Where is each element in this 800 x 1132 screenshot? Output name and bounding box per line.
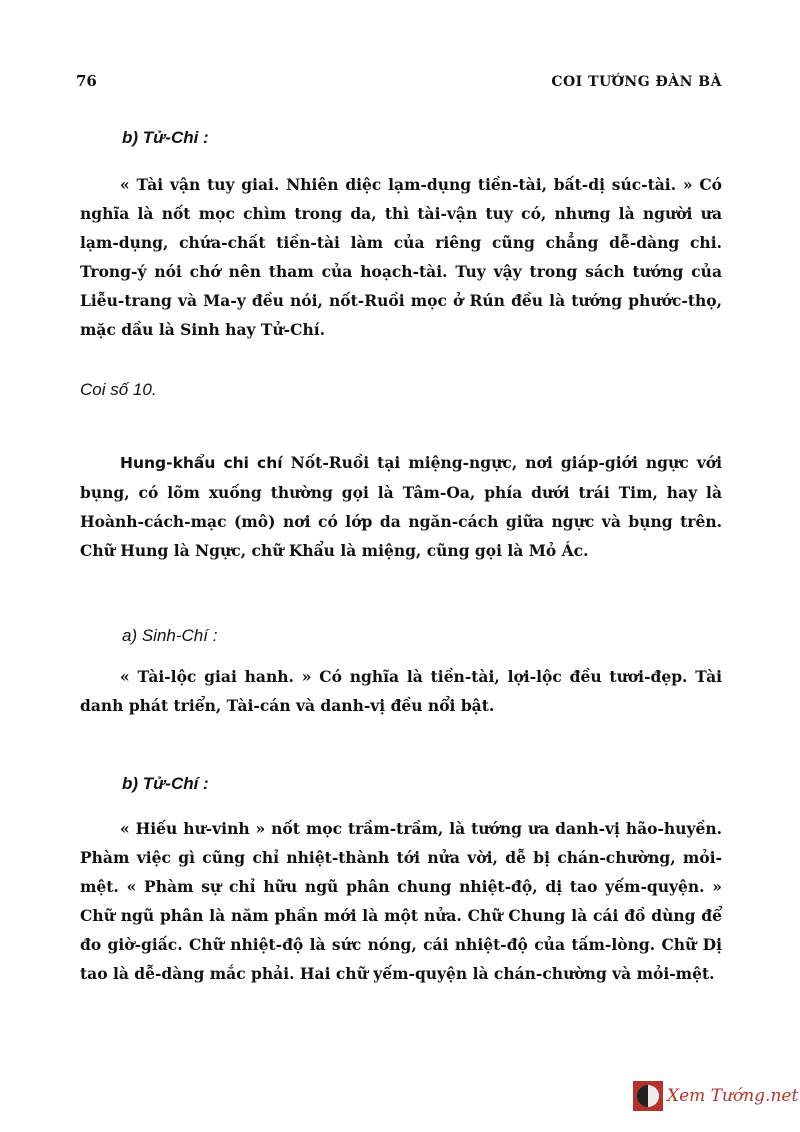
paragraph-3: « Tài-lộc giai hanh. » Có nghĩa là tiền-… xyxy=(80,662,722,720)
paragraph-2: Hung-khẩu chi chí Nốt-Ruồi tại miệng-ngự… xyxy=(80,448,722,565)
watermark-logo: Xem Tướng.net xyxy=(633,1081,798,1111)
paragraph-4: « Hiếu hư-vinh » nốt mọc trầm-trầm, là t… xyxy=(80,814,722,988)
watermark-text: Xem Tướng.net xyxy=(667,1086,798,1106)
page-number: 76 xyxy=(76,72,97,90)
yin-yang-icon xyxy=(633,1081,663,1111)
subheading-tu-chi-1: b) Tử-Chi : xyxy=(122,128,209,148)
running-title: COI TƯỚNG ĐÀN BÀ xyxy=(551,74,722,90)
subheading-sinh-chi: a) Sinh-Chí : xyxy=(122,626,217,646)
paragraph-1: « Tài vận tuy giai. Nhiên diệc lạm-dụng … xyxy=(80,170,722,344)
paragraph-lead-term: Hung-khẩu chi chí xyxy=(120,454,283,472)
section-heading-coi-so-10: Coi số 10. xyxy=(80,380,157,400)
subheading-tu-chi-2: b) Tử-Chí : xyxy=(122,774,209,794)
book-page: 76 COI TƯỚNG ĐÀN BÀ b) Tử-Chi : « Tài vậ… xyxy=(0,0,800,1132)
